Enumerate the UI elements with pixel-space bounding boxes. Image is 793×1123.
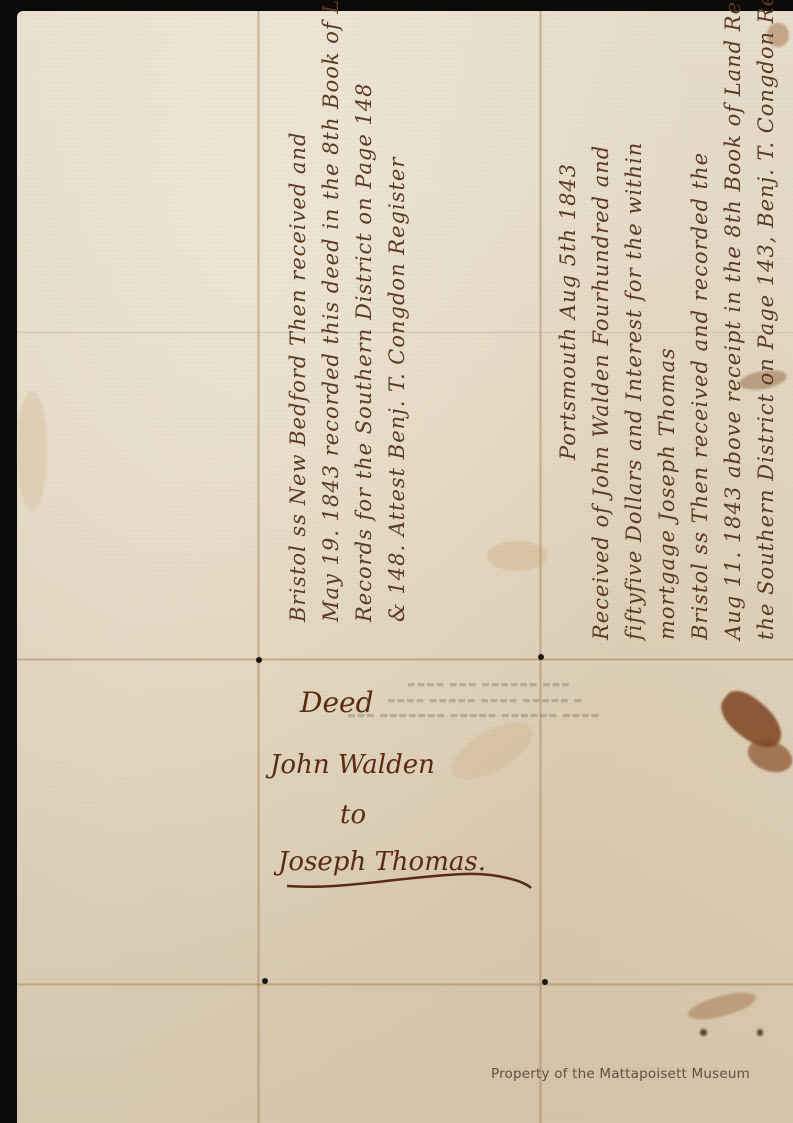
water-stain [443, 711, 541, 791]
spot [757, 1029, 763, 1036]
docket-title: Deed [300, 686, 374, 719]
receipt-line: the Southern District on Page 143, Benj.… [750, 0, 783, 640]
show-through-print: ▬▬▬ ▬▬▬▬▬▬▬ ▬▬▬▬▬ ▬▬▬▬▬▬ ▬▬▬▬ [347, 711, 600, 721]
endorsement-line: Records for the Southern District on Pag… [348, 0, 381, 622]
horizontal-fold-line [17, 983, 793, 986]
signature-flourish [285, 870, 535, 894]
pinhole [538, 654, 544, 660]
water-stain [686, 987, 759, 1024]
receipt-line: Received of John Walden Fourhundred and [585, 0, 618, 640]
docket-grantor: John Walden [270, 750, 435, 780]
pinhole [262, 978, 268, 984]
show-through-print: ▬▬▬▬ ▬▬▬ ▬▬▬▬▬▬ ▬▬▬ [407, 680, 571, 690]
endorsement-line: Bristol ss New Bedford Then received and [282, 0, 315, 622]
water-stain [487, 541, 547, 571]
receipt-line: Bristol ss Then received and recorded th… [684, 0, 717, 640]
docket-connector: to [340, 800, 366, 830]
receipt-line: Aug 11. 1843 above receipt in the 8th Bo… [717, 0, 750, 640]
museum-watermark: Property of the Mattapoisett Museum [491, 1066, 750, 1082]
endorsement-line: May 19. 1843 recorded this deed in the 8… [315, 0, 348, 622]
registry-endorsement: Bristol ss New Bedford Then received and… [282, 0, 414, 622]
receipt-line: fiftyfive Dollars and Interest for the w… [618, 0, 651, 640]
receipt-line: Portsmouth Aug 5th 1843 [552, 0, 585, 640]
pinhole [256, 657, 262, 663]
vertical-fold-line [539, 11, 542, 1123]
endorsement-line: & 148. Attest Benj. T. Congdon Register [381, 0, 414, 622]
pinhole [542, 979, 548, 985]
show-through-print: ▬▬▬▬ ▬▬▬▬▬ ▬▬▬▬ ▬▬▬▬▬ ▬ [387, 696, 583, 706]
receipt-line: mortgage Joseph Thomas [651, 0, 684, 640]
mortgage-discharge-receipt: Portsmouth Aug 5th 1843 Received of John… [552, 0, 783, 640]
water-stain [17, 391, 47, 511]
spot [700, 1029, 707, 1036]
horizontal-fold-line [17, 658, 793, 661]
vertical-fold-line [257, 11, 260, 1123]
